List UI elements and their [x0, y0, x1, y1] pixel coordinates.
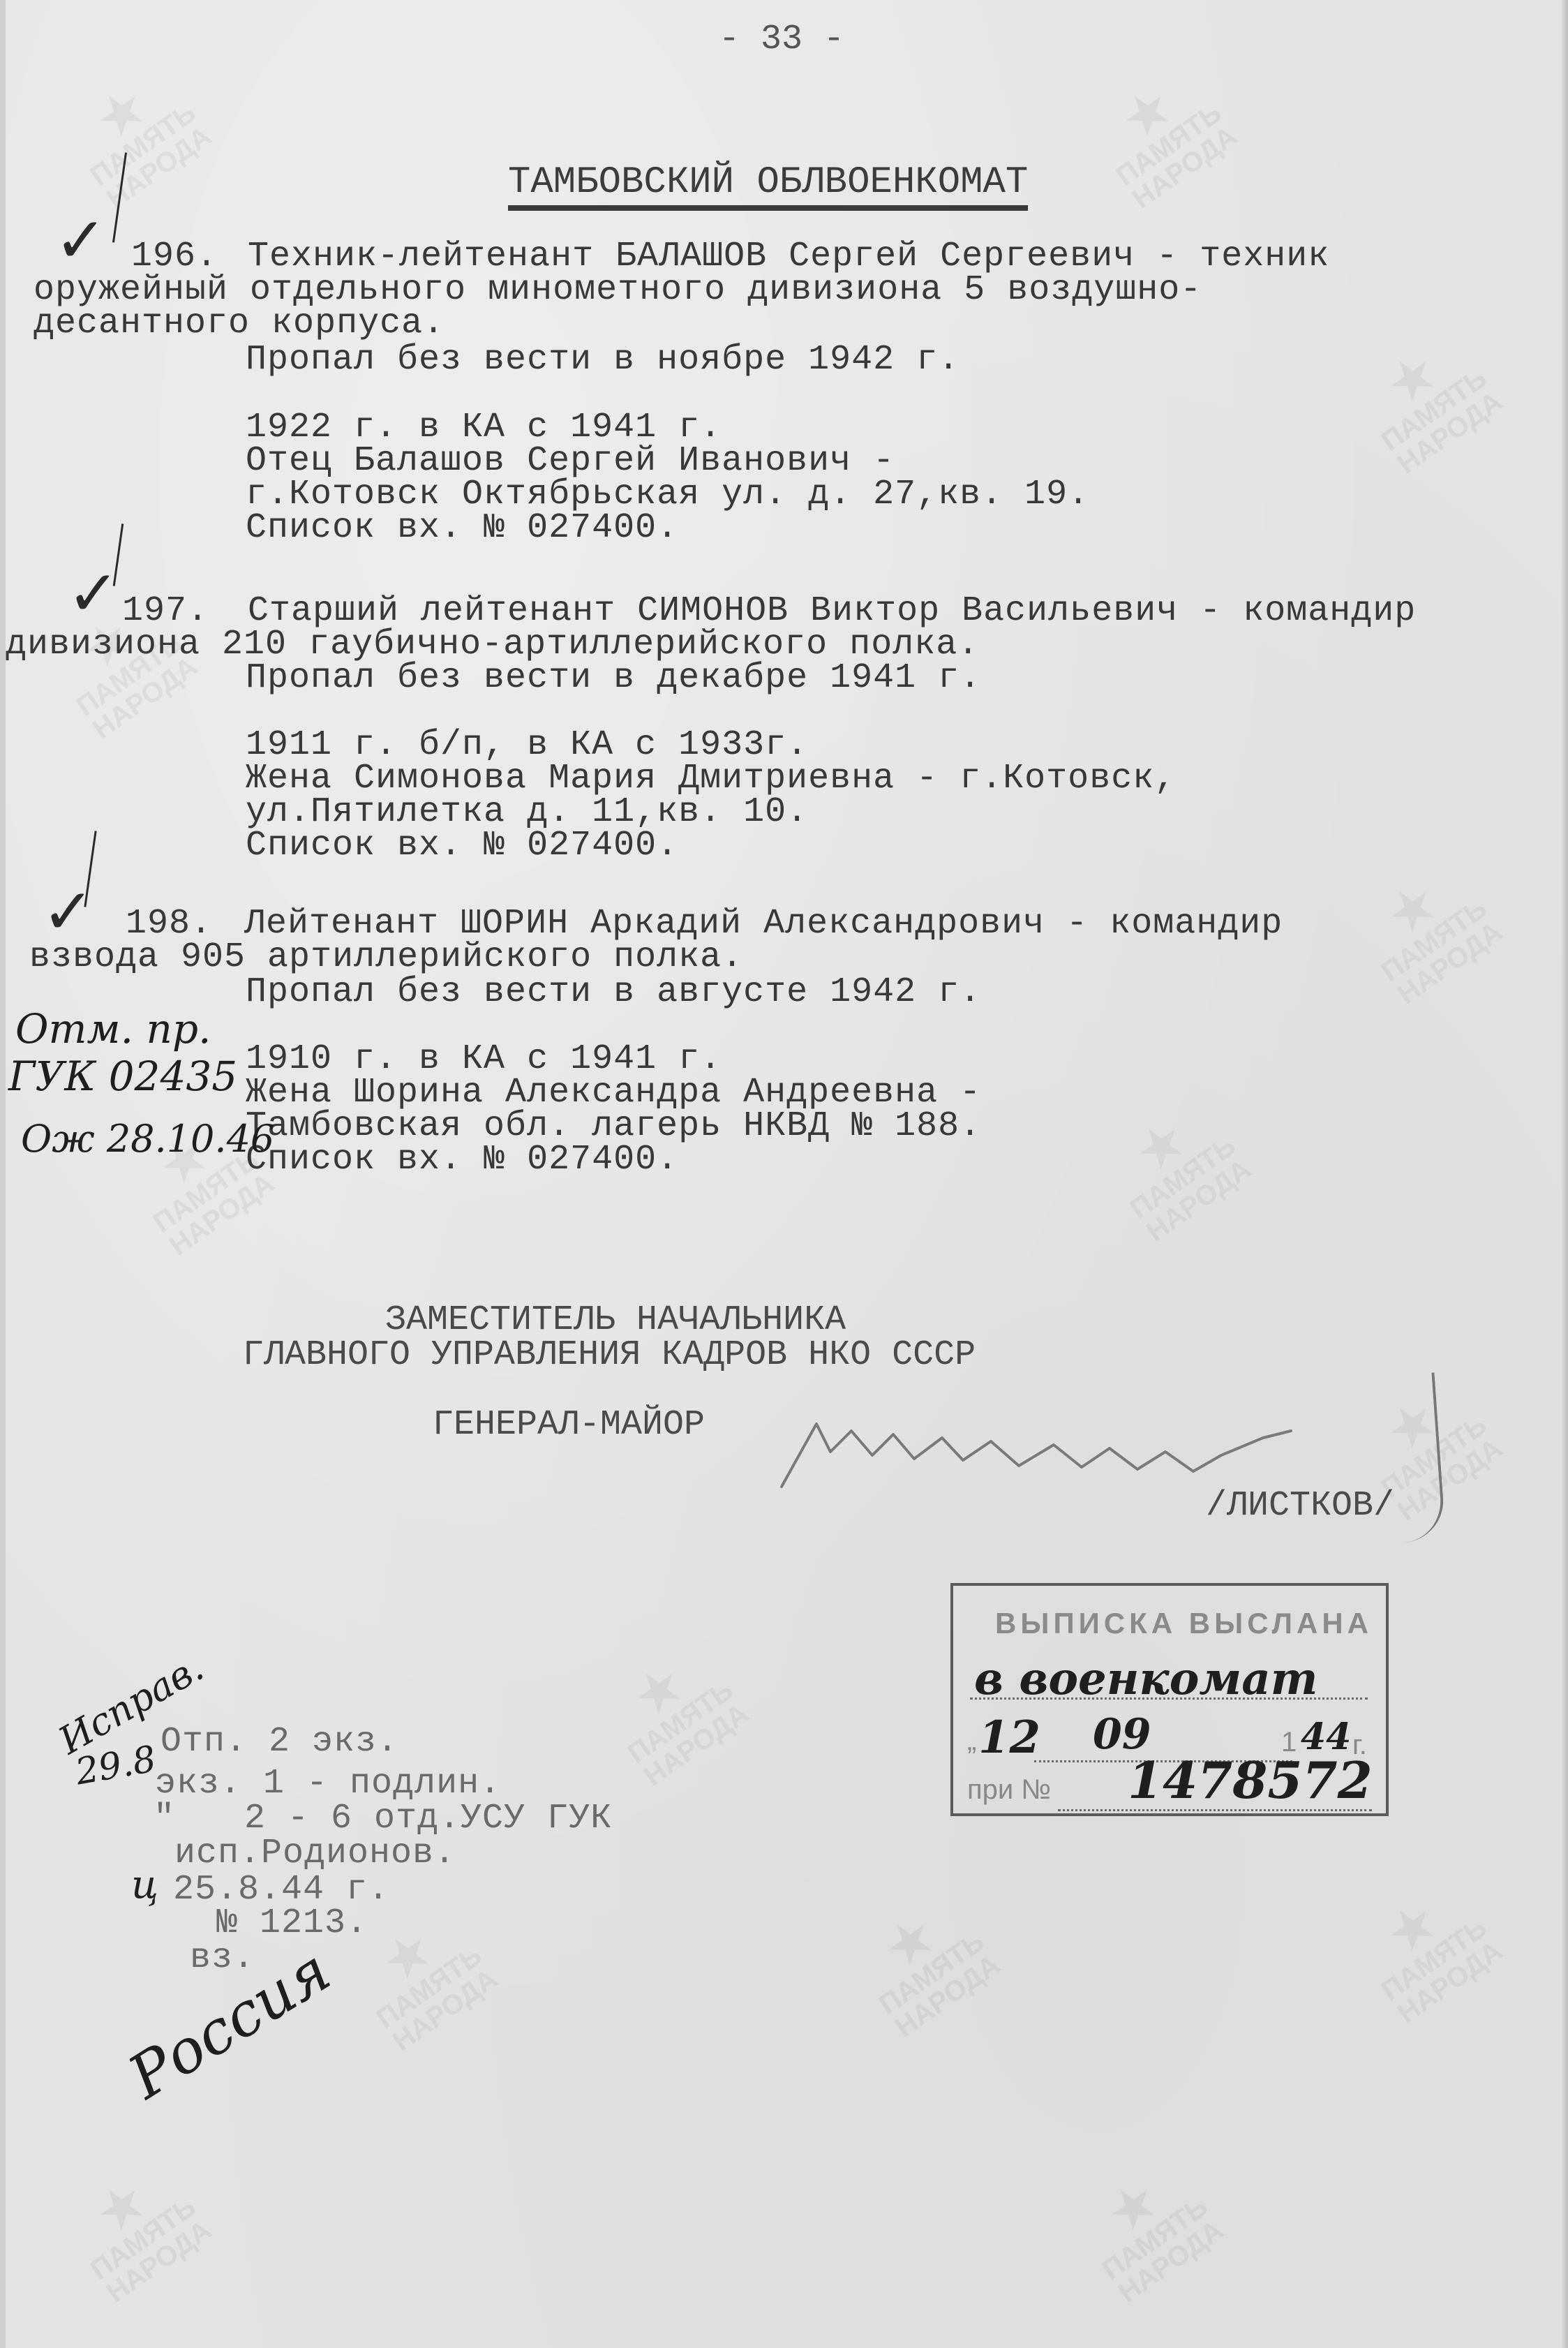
margin-note: ГУК 02435: [8, 1053, 237, 1100]
watermark: ★ПАМЯТЬ НАРОДА: [595, 1636, 754, 1791]
entry-detail: Список вх. № 027400.: [246, 1140, 678, 1180]
page-number: - 33 -: [719, 20, 844, 59]
watermark: ★ПАМЯТЬ НАРОДА: [1349, 854, 1508, 1009]
stamp-day: 12: [978, 1711, 1040, 1764]
check-mark-icon: ✓: [67, 563, 119, 625]
office-title: ТАМБОВСКИЙ ОБЛВОЕНКОМАТ: [508, 162, 1028, 211]
stamp-dotted-line: [970, 1697, 1368, 1700]
check-mark-icon: ✓: [54, 209, 107, 272]
distribution-ditto-mark: ": [154, 1799, 175, 1838]
page-right-edge: [1561, 0, 1568, 2348]
stamp-quote-mark: „: [967, 1725, 976, 1757]
entry-line: взвода 905 артиллерийского полка.: [29, 938, 743, 977]
watermark: ★ПАМЯТЬ НАРОДА: [846, 1887, 1006, 2042]
watermark: ★ПАМЯТЬ НАРОДА: [58, 59, 217, 214]
watermark: ★ПАМЯТЬ НАРОДА: [1084, 59, 1243, 214]
entry-missing-status: Пропал без вести в ноябре 1942 г.: [246, 341, 960, 380]
watermark: ★ПАМЯТЬ НАРОДА: [1349, 1873, 1508, 2028]
stamp-number: 1478572: [1128, 1751, 1373, 1810]
executor: исп.Родионов.: [174, 1834, 456, 1873]
signatory-department: ГЛАВНОГО УПРАВЛЕНИЯ КАДРОВ НКО СССР: [243, 1336, 976, 1375]
watermark: ★ПАМЯТЬ НАРОДА: [1349, 324, 1508, 479]
margin-note: Ож 28.10.46: [21, 1117, 274, 1161]
stamp-title: ВЫПИСКА ВЫСЛАНА: [995, 1607, 1373, 1640]
entry-line: десантного корпуса.: [33, 304, 445, 343]
entry-missing-status: Пропал без вести в августе 1942 г.: [246, 973, 981, 1012]
distribution-copy-2: 2 - 6 отд.УСУ ГУК: [244, 1799, 612, 1838]
watermark: ★ПАМЯТЬ НАРОДА: [1070, 2153, 1229, 2308]
stamp-number-label: при №: [967, 1774, 1051, 1806]
distribution-copy-1: экз. 1 - подлин.: [155, 1764, 501, 1804]
document-page: ★ПАМЯТЬ НАРОДА ★ПАМЯТЬ НАРОДА ★ПАМЯТЬ НА…: [0, 0, 1568, 2348]
handwritten-mark: ц: [131, 1862, 158, 1908]
distribution-copies: Отп. 2 экз.: [160, 1723, 398, 1762]
watermark: ★ПАМЯТЬ НАРОДА: [1098, 1092, 1257, 1247]
typist-initials: вз.: [190, 1939, 255, 1978]
page-left-edge: [0, 0, 6, 2348]
entry-detail: Список вх. № 027400.: [246, 509, 678, 548]
signatory-title: ЗАМЕСТИТЕЛЬ НАЧАЛЬНИКА: [385, 1301, 846, 1340]
document-number: № 1213.: [216, 1904, 368, 1943]
dispatch-stamp: ВЫПИСКА ВЫСЛАНА в военкомат „ 12 09 1 44…: [950, 1583, 1389, 1816]
check-mark-icon: ✓: [42, 881, 94, 944]
stamp-dotted-line: [1058, 1809, 1372, 1811]
signature-scribble: [775, 1410, 1305, 1494]
entry-detail: Список вх. № 027400.: [246, 826, 678, 865]
signatory-rank: ГЕНЕРАЛ-МАЙОР: [433, 1406, 705, 1445]
signatory-name: /ЛИСТКОВ/: [1206, 1487, 1394, 1526]
margin-note: Отм. пр.: [15, 1005, 211, 1053]
entry-missing-status: Пропал без вести в декабре 1941 г.: [246, 659, 981, 698]
watermark: ★ПАМЯТЬ НАРОДА: [58, 2153, 217, 2308]
